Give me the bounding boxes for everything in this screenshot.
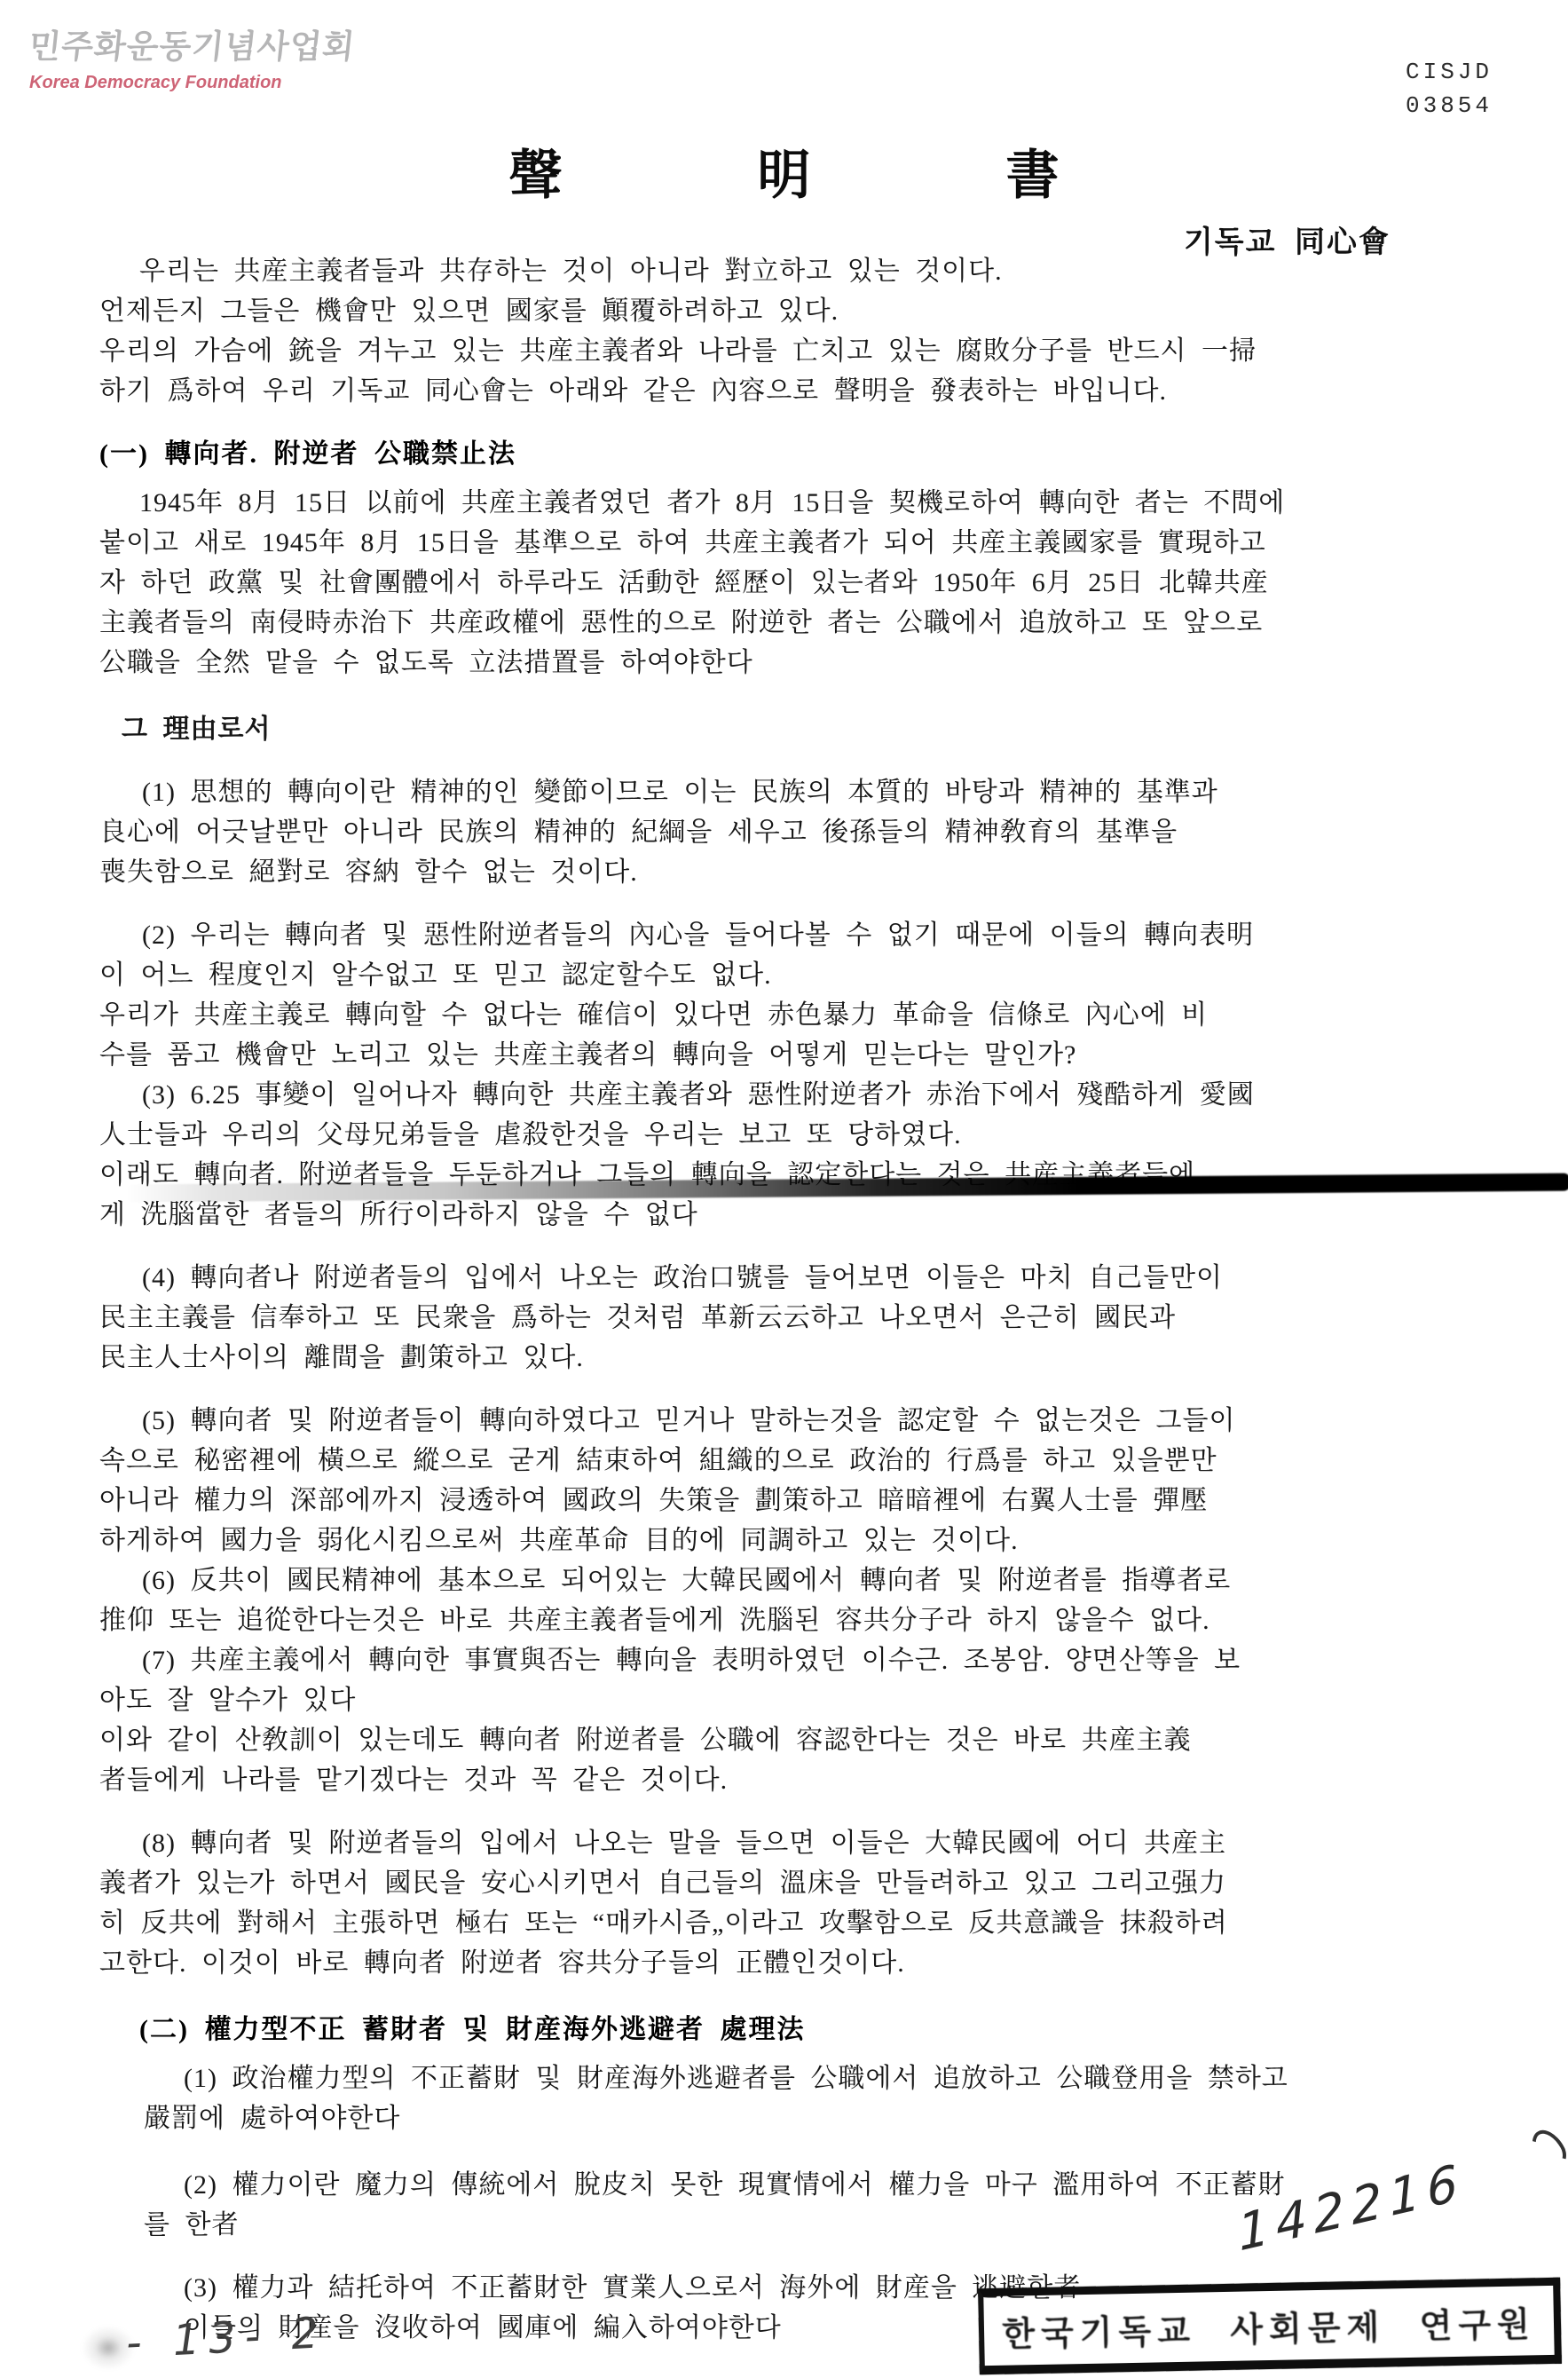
item3-line: 이래도 轉向者. 附逆者들을 두둔하거나 그들의 轉向을 認定한다는 것은 共産… bbox=[99, 1155, 1516, 1195]
section1-paragraph-line: 1945年 8月 15日 以前에 共産主義者였던 者가 8月 15日을 契機로하… bbox=[99, 483, 1516, 523]
item5-line: 아니라 權力의 深部에까지 浸透하여 國政의 失策을 劃策하고 暗暗裡에 右翼人… bbox=[99, 1481, 1516, 1521]
item7-line: (7) 共産主義에서 轉向한 事實與否는 轉向을 表明하였던 이수근. 조봉암.… bbox=[99, 1640, 1516, 1680]
archive-code: CISJD 03854 bbox=[1406, 55, 1493, 122]
item7-line: 者들에게 나라를 맡기겠다는 것과 꼭 같은 것이다. bbox=[99, 1760, 1516, 1800]
item4-line: 民主人士사이의 離間을 劃策하고 있다. bbox=[99, 1338, 1516, 1378]
item2-line: 우리가 共産主義로 轉向할 수 없다는 確信이 있다면 赤色暴力 革命을 信條로… bbox=[99, 995, 1516, 1035]
item7-line: 이와 같이 산敎訓이 있는데도 轉向者 附逆者를 公職에 容認한다는 것은 바로… bbox=[99, 1720, 1516, 1760]
item8-line: 고한다. 이것이 바로 轉向者 附逆者 容共分子들의 正體인것이다. bbox=[99, 1943, 1516, 1983]
title-char-2: 明 bbox=[758, 133, 811, 209]
section1-paragraph-line: 붙이고 새로 1945年 8月 15日을 基準으로 하여 共産主義者가 되어 共… bbox=[99, 523, 1516, 563]
item4-line: (4) 轉向者나 附逆者들의 입에서 나오는 政治口號를 들어보면 이들은 마치… bbox=[99, 1258, 1516, 1298]
item2-line: 수를 품고 機會만 노리고 있는 共産主義者의 轉向을 어떻게 믿는다는 말인가… bbox=[99, 1035, 1516, 1075]
handwritten-page-number: - 13- 2 bbox=[125, 2308, 328, 2368]
title-char-1: 聲 bbox=[509, 133, 563, 209]
title-char-3: 書 bbox=[1006, 133, 1060, 209]
item1-line: 良心에 어긋날뿐만 아니라 民族의 精神的 紀綱을 세우고 後孫들의 精神敎育의… bbox=[99, 812, 1516, 852]
logo-korean-text: 민주화운동기념사업회 bbox=[27, 20, 358, 67]
scanned-document-page: 민주화운동기념사업회 Korea Democracy Foundation CI… bbox=[0, 0, 1568, 2378]
section1-paragraph-line: 主義者들의 南侵時赤治下 共産政權에 惡性的으로 附逆한 者는 公職에서 追放하… bbox=[99, 603, 1516, 643]
section2-item1-line: (1) 政治權力型의 不正蓄財 및 財産海外逃避者를 公職에서 追放하고 公職登… bbox=[99, 2058, 1516, 2098]
reason-heading: 그 理由로서 bbox=[99, 709, 1516, 749]
preamble-line: 하기 爲하여 우리 기독교 同心會는 아래와 같은 內容으로 聲明을 發表하는 … bbox=[99, 371, 1516, 411]
item3-smeared-line-wrapper: 이래도 轉向者. 附逆者들을 두둔하거나 그들의 轉向을 認定한다는 것은 共産… bbox=[99, 1155, 1516, 1195]
archive-code-line1: CISJD bbox=[1406, 55, 1493, 89]
item3-line: 게 洗腦當한 者들의 所行이라하지 않을 수 없다 bbox=[99, 1195, 1516, 1235]
stamp-text: 한국기독교 사회문제 연구원 bbox=[1002, 2296, 1536, 2356]
item7-line: 아도 잘 알수가 있다 bbox=[99, 1680, 1516, 1720]
preamble-line: 언제든지 그들은 機會만 있으면 國家를 顚覆하려하고 있다. bbox=[99, 291, 1516, 331]
item6-line: 推仰 또는 追從한다는것은 바로 共産主義者들에게 洗腦된 容共分子라 하지 않… bbox=[99, 1600, 1516, 1640]
item1-line: (1) 思想的 轉向이란 精神的인 變節이므로 이는 民族의 本質的 바탕과 精… bbox=[99, 772, 1516, 812]
item1-line: 喪失함으로 絕對로 容納 할수 없는 것이다. bbox=[99, 852, 1516, 892]
item8-line: 히 反共에 對해서 主張하면 極右 또는 “매카시즘„이라고 攻擊함으로 反共意… bbox=[99, 1903, 1516, 1943]
item5-line: 속으로 秘密裡에 橫으로 縱으로 굳게 結束하여 組織的으로 政治的 行爲를 하… bbox=[99, 1441, 1516, 1481]
item8-line: (8) 轉向者 및 附逆者들의 입에서 나오는 말을 들으면 이들은 大韓民國에… bbox=[99, 1823, 1516, 1863]
item3-line: 人士들과 우리의 父母兄弟들을 虐殺한것을 우리는 보고 또 당하였다. bbox=[99, 1115, 1516, 1155]
item5-line: 하게하여 國力을 弱化시킴으로써 共産革命 目的에 同調하고 있는 것이다. bbox=[99, 1521, 1516, 1560]
item6-line: (6) 反共이 國民精神에 基本으로 되어있는 大韓民國에서 轉向者 및 附逆者… bbox=[99, 1560, 1516, 1600]
institution-stamp: 한국기독교 사회문제 연구원 bbox=[978, 2278, 1562, 2375]
document-body: 우리는 共産主義者들과 共存하는 것이 아니라 對立하고 있는 것이다. 언제든… bbox=[99, 251, 1516, 2348]
section1-paragraph-line: 公職을 全然 맡을 수 없도록 立法措置를 하여야한다 bbox=[99, 643, 1516, 683]
item8-line: 義者가 있는가 하면서 國民을 安心시키면서 自己들의 溫床을 만들려하고 있고… bbox=[99, 1863, 1516, 1903]
item5-line: (5) 轉向者 및 附逆者들이 轉向하였다고 믿거나 말하는것을 認定할 수 없… bbox=[99, 1401, 1516, 1441]
korea-democracy-foundation-logo: 민주화운동기념사업회 Korea Democracy Foundation bbox=[29, 20, 355, 93]
document-title: 聲 明 書 bbox=[0, 133, 1568, 209]
pen-stroke-mark bbox=[1525, 2124, 1568, 2177]
archive-code-line2: 03854 bbox=[1406, 89, 1493, 122]
item3-line: (3) 6.25 事變이 일어나자 轉向한 共産主義者와 惡性附逆者가 赤治下에… bbox=[99, 1075, 1516, 1115]
section2-item1-line: 嚴罰에 處하여야한다 bbox=[99, 2098, 1516, 2138]
item2-line: 이 어느 程度인지 알수없고 또 믿고 認定할수도 없다. bbox=[99, 955, 1516, 995]
preamble-line: 우리의 가슴에 銃을 겨누고 있는 共産主義者와 나라를 亡치고 있는 腐敗分子… bbox=[99, 331, 1516, 371]
preamble-line: 우리는 共産主義者들과 共存하는 것이 아니라 對立하고 있는 것이다. bbox=[99, 251, 1516, 291]
item2-line: (2) 우리는 轉向者 및 惡性附逆者들의 內心을 들어다볼 수 없기 때문에 … bbox=[99, 915, 1516, 955]
logo-english-text: Korea Democracy Foundation bbox=[29, 73, 355, 93]
section1-heading: (一) 轉向者. 附逆者 公職禁止法 bbox=[99, 434, 1516, 474]
item4-line: 民主主義를 信奉하고 또 民衆을 爲하는 것처럼 革新云云하고 나오면서 은근히… bbox=[99, 1298, 1516, 1338]
section1-paragraph-line: 자 하던 政黨 및 社會團體에서 하루라도 活動한 經歷이 있는者와 1950年… bbox=[99, 563, 1516, 603]
section2-heading: (二) 權力型不正 蓄財者 및 財産海外逃避者 處理法 bbox=[99, 2010, 1516, 2050]
